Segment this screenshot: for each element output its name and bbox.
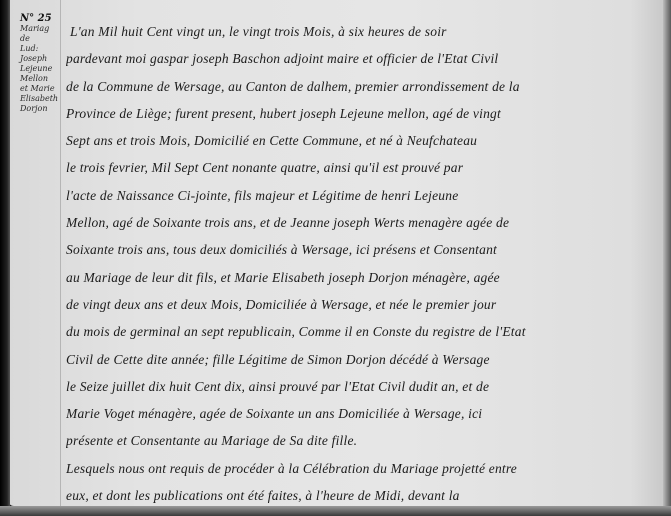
text-line: Civil de Cette dite année; fille Légitim… xyxy=(66,346,666,373)
text-line: Province de Liège; furent present, huber… xyxy=(66,100,666,127)
text-line: le trois fevrier, Mil Sept Cent nonante … xyxy=(66,154,666,181)
text-line: Mellon, agé de Soixante trois ans, et de… xyxy=(66,209,666,236)
page-edge xyxy=(663,0,671,516)
margin-note-line: et Marie Elisabeth xyxy=(20,84,60,104)
text-line: de la Commune de Wersage, au Canton de d… xyxy=(66,73,666,100)
text-line: Lesquels nous ont requis de procéder à l… xyxy=(66,455,666,482)
book-binding-shadow xyxy=(0,0,10,516)
text-line: du mois de germinal an sept republicain,… xyxy=(66,318,666,345)
margin-note-line: Lud: Joseph xyxy=(20,44,60,64)
text-line: le Seize juillet dix huit Cent dix, ains… xyxy=(66,373,666,400)
margin-note-line: de xyxy=(20,34,60,44)
document-page: N° 25 Mariag de Lud: Joseph Lejeune Mell… xyxy=(8,0,663,506)
text-line: présente et Consentante au Mariage de Sa… xyxy=(66,427,666,454)
text-line: Soixante trois ans, tous deux domiciliés… xyxy=(66,236,666,263)
text-line: au Mariage de leur dit fils, et Marie El… xyxy=(66,264,666,291)
text-line: Sept ans et trois Mois, Domicilié en Cet… xyxy=(66,127,666,154)
record-body: L'an Mil huit Cent vingt un, le vingt tr… xyxy=(66,18,666,509)
margin-note-line: Mariag xyxy=(20,24,60,34)
text-line: l'acte de Naissance Ci-jointe, fils maje… xyxy=(66,182,666,209)
margin-note: N° 25 Mariag de Lud: Joseph Lejeune Mell… xyxy=(20,14,60,114)
text-line: de vingt deux ans et deux Mois, Domicili… xyxy=(66,291,666,318)
margin-rule xyxy=(60,0,61,506)
page-bottom-shadow xyxy=(0,506,671,516)
margin-note-line: Mellon xyxy=(20,74,60,84)
text-line: pardevant moi gaspar joseph Baschon adjo… xyxy=(66,45,666,72)
text-line: Marie Voget ménagère, agée de Soixante u… xyxy=(66,400,666,427)
record-number: N° 25 xyxy=(20,14,60,24)
text-line: L'an Mil huit Cent vingt un, le vingt tr… xyxy=(66,18,666,45)
margin-note-line: Dorjon xyxy=(20,104,60,114)
margin-note-line: Lejeune xyxy=(20,64,60,74)
